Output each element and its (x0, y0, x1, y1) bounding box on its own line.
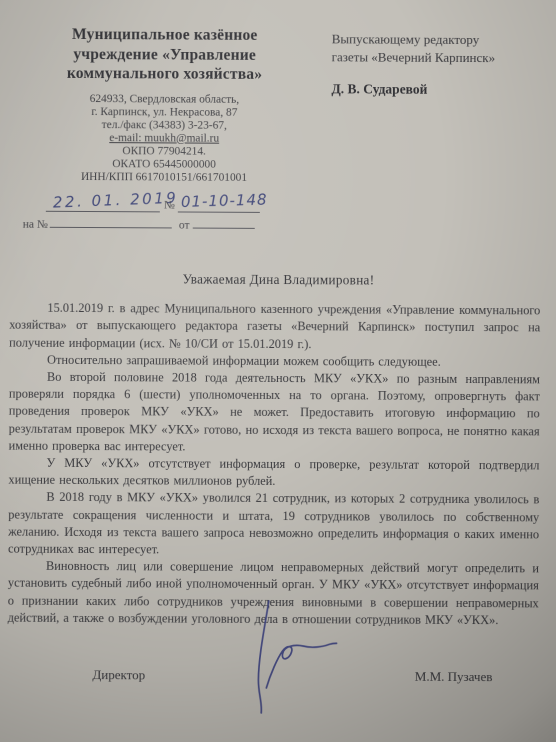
organization-contacts: 624933, Свердловская область, г. Карпинс… (13, 92, 315, 185)
reply-date-underline (192, 217, 254, 229)
reply-reference-line: на №от (23, 216, 255, 232)
address-line: ИНН/КПП 6617010151/661701001 (13, 171, 315, 186)
signoff-name: М.М. Пузачев (415, 669, 493, 685)
reply-number-underline (50, 216, 172, 229)
signoff-title: Директор (92, 667, 145, 683)
body-paragraph: В 2018 году в МКУ «УКХ» уволился 21 сотр… (8, 489, 539, 561)
recipient-block: Выпускающему редактору газеты «Вечерний … (315, 26, 554, 186)
handwritten-date: 22. 01. 2019 (53, 189, 179, 212)
signature-icon (220, 594, 343, 723)
letterhead-left-column: Муниципальное казённое учреждение «Управ… (13, 25, 316, 186)
letterhead: Муниципальное казённое учреждение «Управ… (1, 0, 556, 187)
number-sign: № (164, 200, 175, 212)
body-paragraph: Во второй половине 2018 года деятельност… (9, 369, 540, 458)
handwritten-outgoing-number: 01-10-148 (181, 191, 268, 212)
from-label: от (179, 220, 190, 232)
body-paragraph: 15.01.2019 г. в адрес Муниципального каз… (9, 300, 540, 354)
salutation: Уважаемая Дина Владимировна! (0, 271, 556, 290)
body-paragraph: У МКУ «УКХ» отсутствует информация о про… (8, 455, 539, 492)
letter-document: Муниципальное казённое учреждение «Управ… (0, 0, 556, 742)
reference-block: 22. 01. 2019 № 01-10-148 на №от (23, 196, 353, 240)
number-underline (178, 212, 260, 213)
recipient-name: Д. В. Сударевой (331, 81, 553, 98)
reply-label: на № (23, 219, 48, 231)
organization-name: Муниципальное казённое учреждение «Управ… (14, 25, 316, 85)
letter-body: 15.01.2019 г. в адрес Муниципального каз… (8, 300, 541, 630)
recipient-role-line: Выпускающему редактору (332, 30, 554, 49)
letter-photo: Муниципальное казённое учреждение «Управ… (0, 0, 556, 742)
recipient-role-line: газеты «Вечерний Карпинск» (332, 48, 554, 67)
